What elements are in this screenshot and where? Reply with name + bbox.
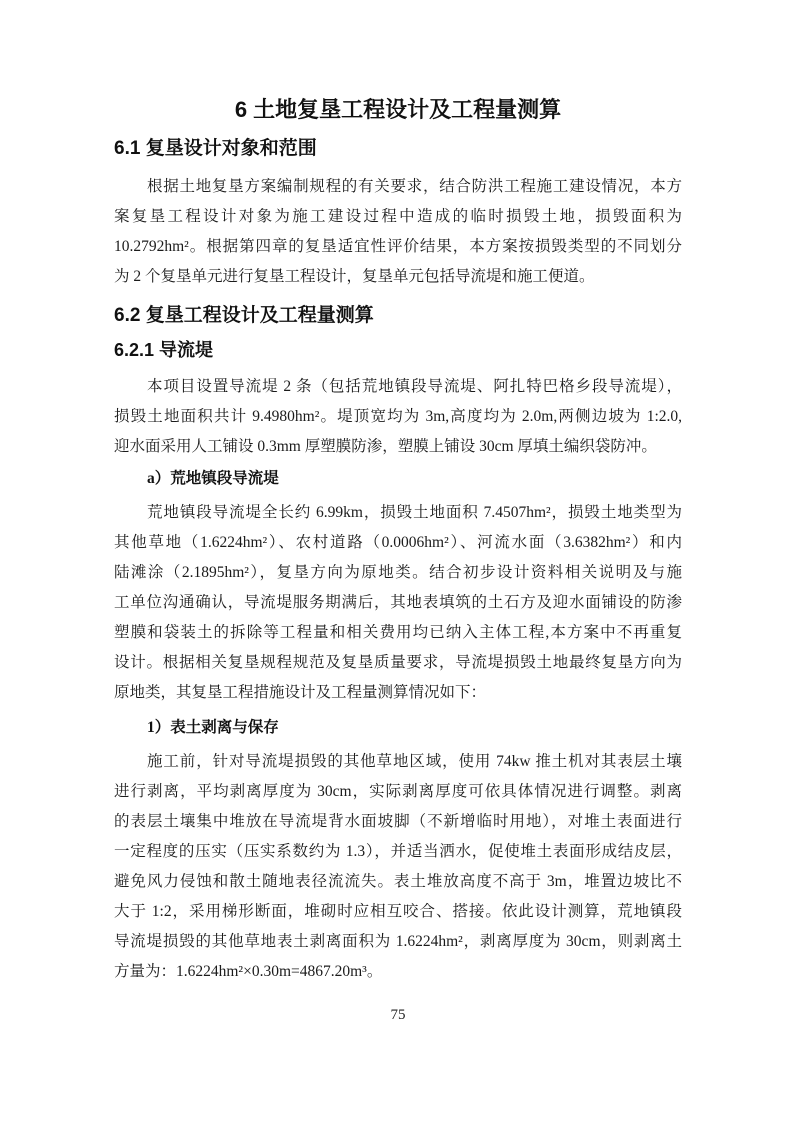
text-line: 大于 1:2，采用梯形断面，堆砌时应相互咬合、搭接。依此设计测算，荒地镇段 xyxy=(114,897,682,927)
text-line: 10.2792hm²。根据第四章的复垦适宜性评价结果，本方案按损毁类型的不同划分 xyxy=(114,232,682,262)
text-line: 施工前，针对导流堤损毁的其他草地区域，使用 74kw 推土机对其表层土壤 xyxy=(114,747,682,777)
text-line: 塑膜和袋装土的拆除等工程量和相关费用均已纳入主体工程,本方案中不再重复 xyxy=(114,618,682,648)
chapter-title: 6 土地复垦工程设计及工程量测算 xyxy=(114,0,682,124)
section-heading-6-2-1: 6.2.1 导流堤 xyxy=(114,338,682,362)
section-heading-6-1: 6.1 复垦设计对象和范围 xyxy=(114,137,682,161)
text-line: 其他草地（1.6224hm²）、农村道路（0.0006hm²）、河流水面（3.6… xyxy=(114,528,682,558)
text-line: 进行剥离，平均剥离厚度为 30cm，实际剥离厚度可依具体情况进行调整。剥离 xyxy=(114,777,682,807)
text-line: 方量为：1.6224hm²×0.30m=4867.20m³。 xyxy=(114,957,682,987)
page-number: 75 xyxy=(114,1005,682,1025)
paragraph-3: 荒地镇段导流堤全长约 6.99km，损毁土地面积 7.4507hm²，损毁土地类… xyxy=(114,498,682,708)
text-line: 设计。根据相关复垦规程规范及复垦质量要求，导流堤损毁土地最终复垦方向为 xyxy=(114,648,682,678)
text-line: 案复垦工程设计对象为施工建设过程中造成的临时损毁土地，损毁面积为 xyxy=(114,202,682,232)
text-line: 一定程度的压实（压实系数约为 1.3），并适当洒水，促使堆土表面形成结皮层， xyxy=(114,837,682,867)
paragraph-2: 本项目设置导流堤 2 条（包括荒地镇段导流堤、阿扎特巴格乡段导流堤）， 损毁土地… xyxy=(114,372,682,462)
paragraph-1: 根据土地复垦方案编制规程的有关要求，结合防洪工程施工建设情况，本方 案复垦工程设… xyxy=(114,172,682,292)
text-line: 根据土地复垦方案编制规程的有关要求，结合防洪工程施工建设情况，本方 xyxy=(114,172,682,202)
text-line: 的表层土壤集中堆放在导流堤背水面坡脚（不新增临时用地），对堆土表面进行 xyxy=(114,807,682,837)
text-line: 荒地镇段导流堤全长约 6.99km，损毁土地面积 7.4507hm²，损毁土地类… xyxy=(114,498,682,528)
text-line: 原地类，其复垦工程措施设计及工程量测算情况如下： xyxy=(114,678,682,708)
paragraph-4: 施工前，针对导流堤损毁的其他草地区域，使用 74kw 推土机对其表层土壤 进行剥… xyxy=(114,747,682,987)
text-line: 陆滩涂（2.1895hm²），复垦方向为原地类。结合初步设计资料相关说明及与施 xyxy=(114,558,682,588)
document-content: 6 土地复垦工程设计及工程量测算 6.1 复垦设计对象和范围 根据土地复垦方案编… xyxy=(114,0,682,1025)
text-line: 迎水面采用人工铺设 0.3mm 厚塑膜防渗，塑膜上铺设 30cm 厚填土编织袋防… xyxy=(114,432,682,462)
text-line: 本项目设置导流堤 2 条（包括荒地镇段导流堤、阿扎特巴格乡段导流堤）， xyxy=(114,372,682,402)
text-line: 导流堤损毁的其他草地表土剥离面积为 1.6224hm²，剥离厚度为 30cm，则… xyxy=(114,927,682,957)
text-line: 避免风力侵蚀和散土随地表径流流失。表土堆放高度不高于 3m，堆置边坡比不 xyxy=(114,867,682,897)
document-page: 6 土地复垦工程设计及工程量测算 6.1 复垦设计对象和范围 根据土地复垦方案编… xyxy=(0,0,793,1122)
subheading-a: a）荒地镇段导流堤 xyxy=(114,464,682,494)
subheading-1: 1）表土剥离与保存 xyxy=(114,713,682,743)
section-heading-6-2: 6.2 复垦工程设计及工程量测算 xyxy=(114,304,682,328)
text-line: 为 2 个复垦单元进行复垦工程设计，复垦单元包括导流堤和施工便道。 xyxy=(114,262,682,292)
text-line: 损毁土地面积共计 9.4980hm²。堤顶宽均为 3m,高度均为 2.0m,两侧… xyxy=(114,402,682,432)
text-line: 工单位沟通确认，导流堤服务期满后，其地表填筑的土石方及迎水面铺设的防渗 xyxy=(114,588,682,618)
